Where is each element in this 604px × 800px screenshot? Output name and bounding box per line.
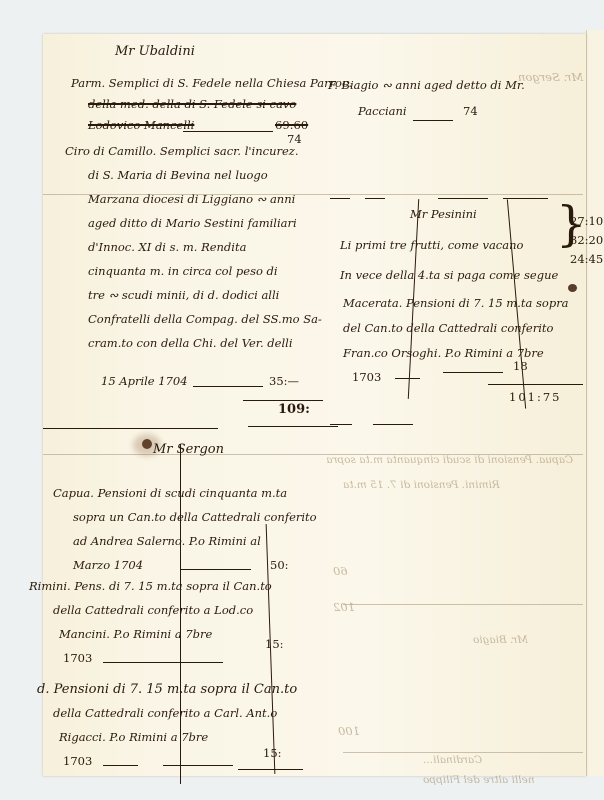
- entry-4-amount: 15:: [265, 637, 284, 651]
- entry-2-total: 109:: [278, 402, 310, 417]
- entry-1-line-1: Parm. Semplici di S. Fedele nella Chiesa…: [71, 76, 352, 90]
- bleed-line: Capua. Pensioni di scudi cinquanta m.ta …: [343, 454, 573, 466]
- bleed-header: Mr. Biagio: [473, 634, 528, 646]
- bracket-value-2: 32:20: [570, 233, 603, 247]
- entry-4-line-2: della Cattedrali conferito a Lod.co: [53, 603, 253, 617]
- entry-2-line-4: aged ditto di Mario Sestini familiari: [88, 216, 297, 230]
- manuscript-page: Mr. Sergon Capua. Pensioni di scudi cinq…: [43, 34, 586, 776]
- entry-2-line-5: d'Innoc. XI di s. m. Rendita: [88, 240, 246, 254]
- entry-1-line-3: Lodovico Mancelli: [88, 118, 194, 132]
- entry-2-amount: 35:—: [269, 374, 299, 388]
- entry-2-line-1: Ciro di Camillo. Semplici sacr. l'incure…: [65, 144, 299, 158]
- header-ubaldini: Mr Ubaldini: [115, 44, 195, 59]
- ink-blot: [568, 284, 577, 292]
- bleed-number: 102: [333, 600, 355, 614]
- entry-5-line-4: 1703: [63, 754, 92, 768]
- entry-5-line-2: della Cattedrali conferito a Carl. Ant.o: [53, 706, 277, 720]
- entry-5-line-3: Rigacci. P.o Rimini a 7bre: [59, 730, 208, 744]
- entry-3-line-2: sopra un Can.to della Cattedrali conferi…: [73, 510, 317, 524]
- entry-1-line-2: della med. della di S. Fedele si cavo: [88, 97, 296, 111]
- bleed-line: Cardinali...: [423, 754, 482, 766]
- right-entry-line-2: In vece della 4.ta si paga come segue: [340, 268, 558, 282]
- entry-5-line-1: d. Pensioni di 7. 15 m.ta sopra il Can.t…: [37, 682, 297, 697]
- right-section-header: Mr Pesinini: [410, 207, 477, 221]
- right-top-amount: 74: [463, 104, 478, 118]
- section-header-sergon: Mr Sergon: [153, 442, 224, 457]
- right-entry-line-4: del Can.to della Cattedrali conferito: [343, 321, 553, 335]
- entry-2-line-9: cram.to con della Chi. del Ver. delli: [88, 336, 293, 350]
- right-entry-amount: 18: [513, 359, 528, 373]
- right-entry-line-6: 1703: [352, 370, 381, 384]
- entry-3-amount: 50:: [270, 558, 289, 572]
- entry-2-line-6: cinquanta m. in circa col peso di: [88, 264, 278, 278]
- entry-3-line-4: Marzo 1704: [73, 558, 143, 572]
- bleed-number: 100: [338, 724, 360, 738]
- right-entry-total: 101:75: [509, 390, 561, 404]
- entry-4-line-1: Rimini. Pens. di 7. 15 m.ta sopra il Can…: [29, 579, 272, 593]
- paper-edge-strip: [586, 30, 604, 776]
- bleed-line: Rimini. Pensioni di 7. 15 m.ta: [343, 479, 500, 491]
- right-entry-line-5: Fran.co Orsoghi. P.o Rimini a 7bre: [343, 346, 544, 360]
- entry-1-amount-struck: 69:60: [275, 118, 308, 132]
- right-top-note-line-1: F. Biagio ∾ anni aged detto di Mr.: [328, 78, 525, 92]
- entry-2-line-8: Confratelli della Compag. del SS.mo Sa-: [88, 312, 322, 326]
- entry-3-line-1: Capua. Pensioni di scudi cinquanta m.ta: [53, 486, 287, 500]
- right-entry-line-3: Macerata. Pensioni di 7. 15 m.ta sopra: [343, 296, 569, 310]
- bleed-number: 60: [333, 564, 348, 578]
- bracket-value-1: 27:10: [570, 214, 603, 228]
- entry-3-line-3: ad Andrea Salerno. P.o Rimini al: [73, 534, 261, 548]
- entry-2-line-3: Marzana diocesi di Liggiano ∾ anni: [88, 192, 295, 206]
- bleed-line: nelli altre del Filippo: [423, 774, 535, 786]
- entry-5-amount: 15:: [263, 746, 282, 760]
- bleed-header: Mr. Sergon: [518, 70, 583, 84]
- entry-4-line-4: 1703: [63, 651, 92, 665]
- entry-4-line-3: Mancini. P.o Rimini a 7bre: [59, 627, 212, 641]
- right-entry-line-1: Li primi tre frutti, come vacano: [340, 238, 523, 252]
- entry-2-line-2: di S. Maria di Bevina nel luogo: [88, 168, 268, 182]
- entry-2-line-7: tre ∾ scudi minii, di d. dodici alli: [88, 288, 279, 302]
- bracket-value-3: 24:45: [570, 252, 603, 266]
- right-top-note-line-2: Pacciani: [358, 104, 407, 118]
- entry-2-date: 15 Aprile 1704: [101, 374, 188, 388]
